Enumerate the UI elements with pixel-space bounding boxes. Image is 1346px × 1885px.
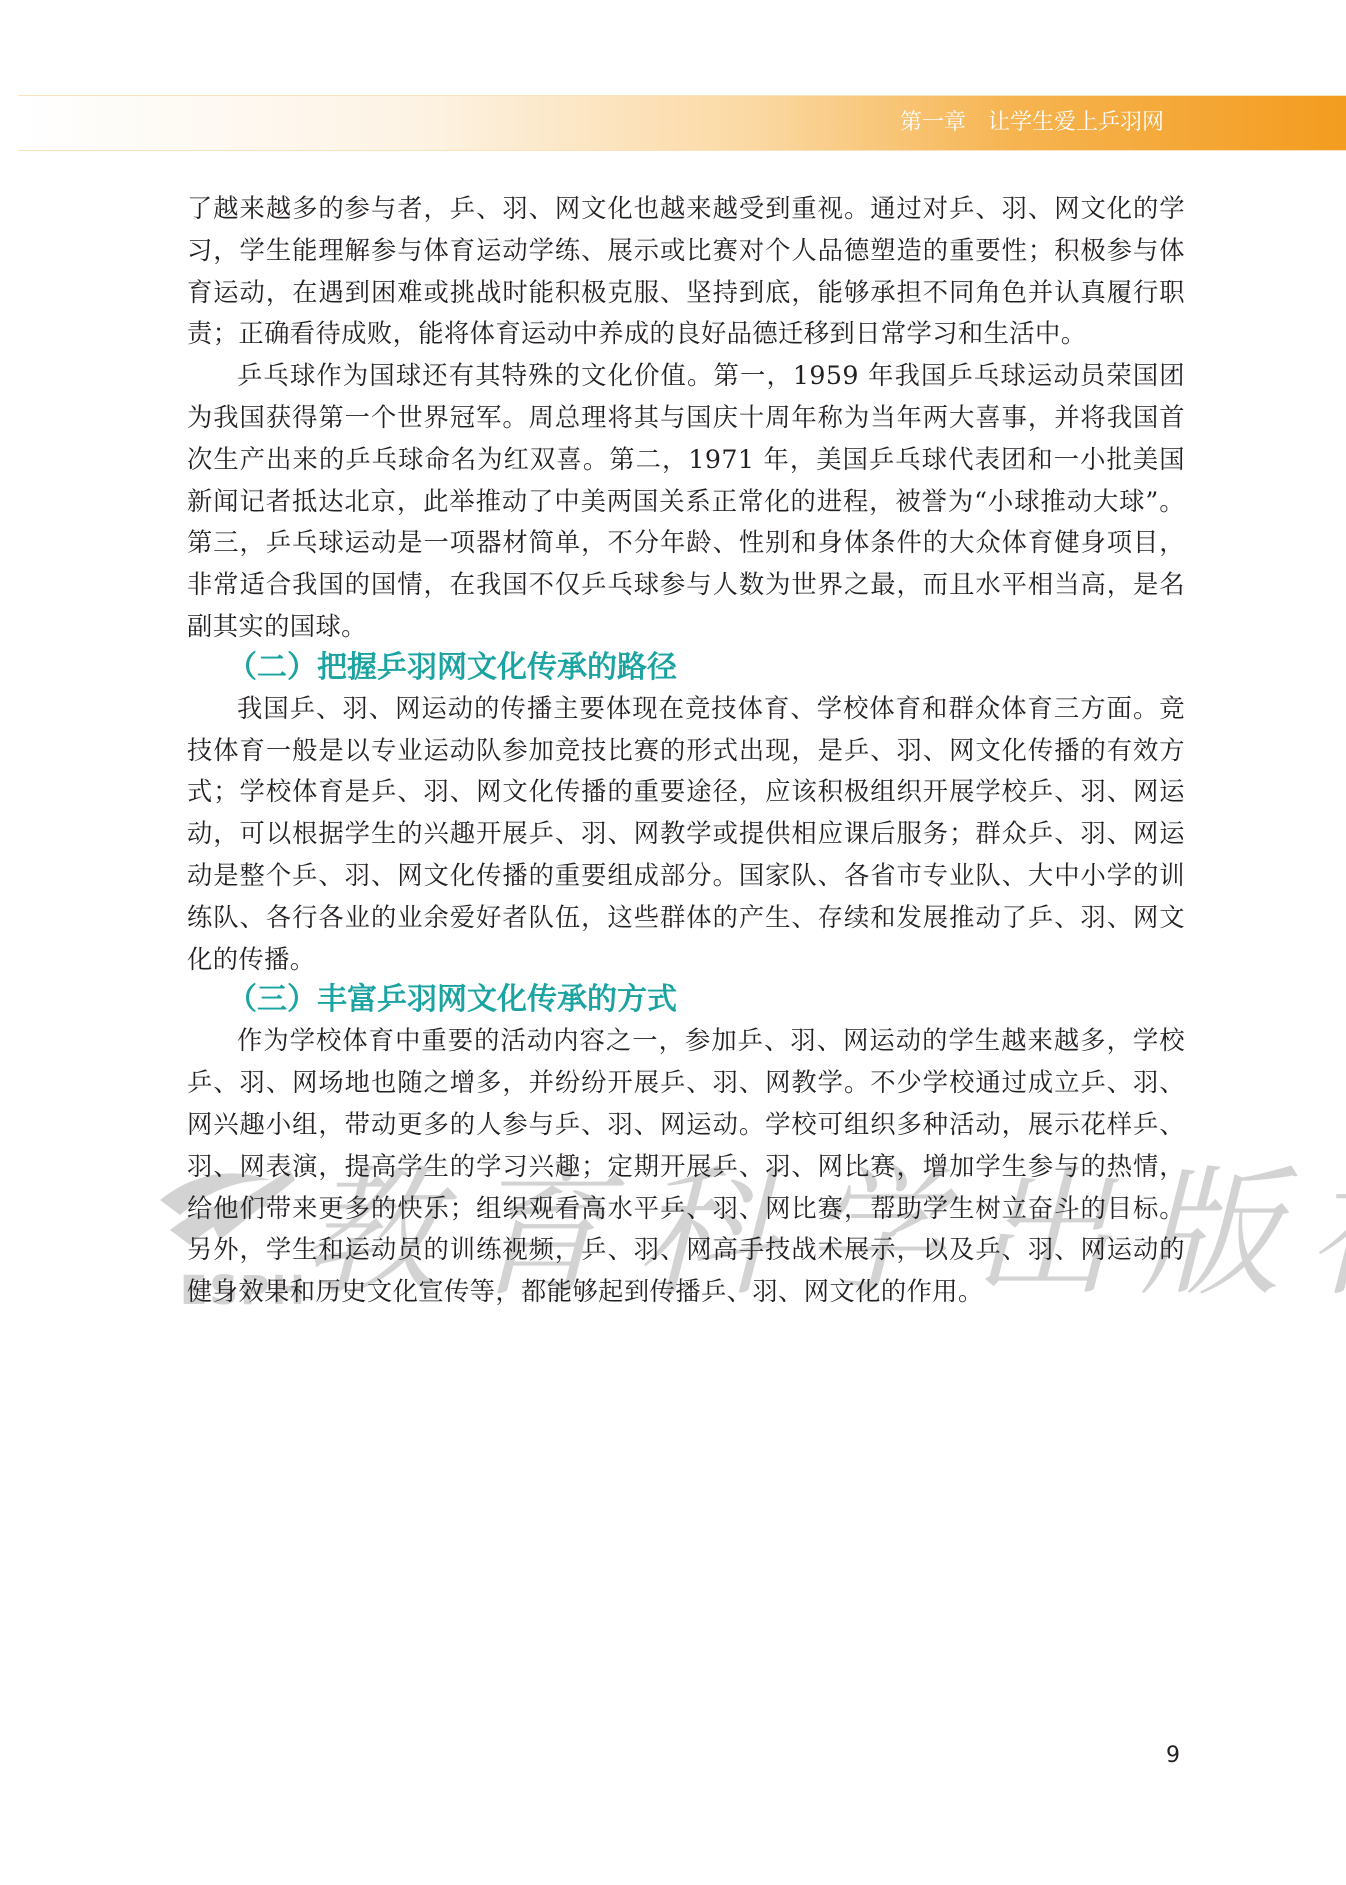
paragraph-intro: 了越来越多的参与者，乒、羽、网文化也越来越受到重视。通过对乒、羽、网文化的学习，…	[187, 188, 1185, 355]
page-content: 了越来越多的参与者，乒、羽、网文化也越来越受到重视。通过对乒、羽、网文化的学习，…	[187, 188, 1185, 1313]
paragraph-section-2: 我国乒、羽、网运动的传播主要体现在竞技体育、学校体育和群众体育三方面。竞技体育一…	[187, 688, 1185, 981]
chapter-title: 第一章 让学生爱上乒羽网	[900, 107, 1164, 139]
page-number: 9	[1166, 1743, 1180, 1768]
paragraph-pingpong-value: 乒乓球作为国球还有其特殊的文化价值。第一，1959 年我国乒乓球运动员荣国团为我…	[187, 355, 1185, 648]
paragraph-section-3: 作为学校体育中重要的活动内容之一，参加乒、羽、网运动的学生越来越多，学校乒、羽、…	[187, 1020, 1185, 1313]
section-heading-2: （二）把握乒羽网文化传承的路径	[187, 648, 1185, 688]
section-heading-3: （三）丰富乒羽网文化传承的方式	[187, 980, 1185, 1020]
